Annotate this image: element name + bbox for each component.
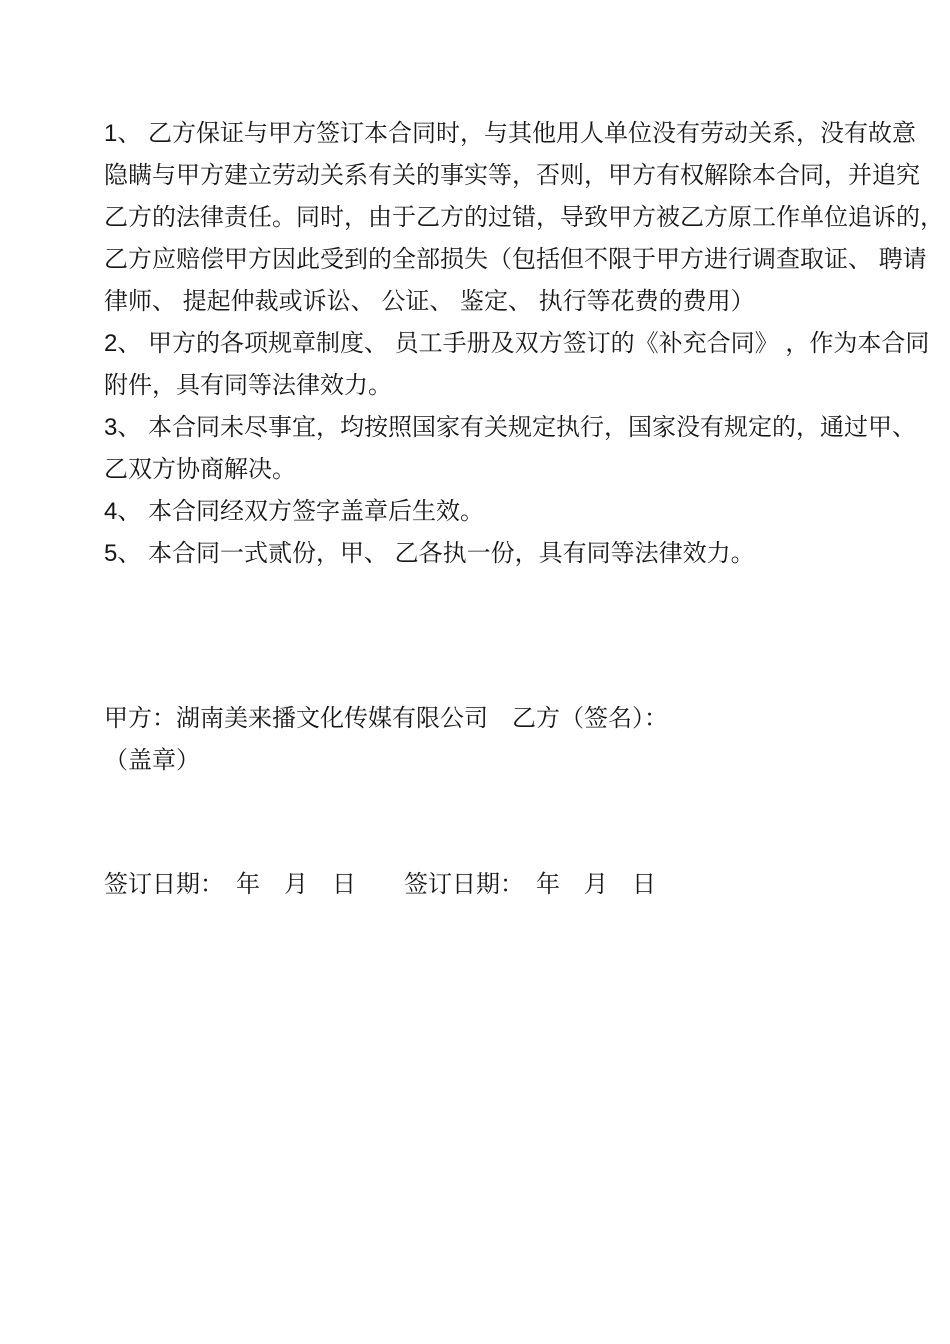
clause-line: 乙方的法律责任。同时，由于乙方的过错，导致甲方被乙方原工作单位追诉的， — [104, 197, 912, 239]
clause-line: 隐瞒与甲方建立劳动关系有关的事实等，否则，甲方有权解除本合同，并追究 — [104, 155, 912, 197]
signing-date-line: 签订日期： 年 月 日 签订日期： 年 月 日 — [104, 864, 912, 906]
clause-line: 1、 乙方保证与甲方签订本合同时，与其他用人单位没有劳动关系，没有故意 — [104, 113, 912, 155]
clause-line: 律师、 提起仲裁或诉讼、 公证、 鉴定、 执行等花费的费用） — [104, 281, 912, 323]
clause-line: 附件，具有同等法律效力。 — [104, 365, 912, 407]
clause-line: 4、 本合同经双方签字盖章后生效。 — [104, 491, 912, 533]
clause-line: 3、 本合同未尽事宜，均按照国家有关规定执行，国家没有规定的，通过甲、 — [104, 407, 912, 449]
contract-body: 1、 乙方保证与甲方签订本合同时，与其他用人单位没有劳动关系，没有故意隐瞒与甲方… — [104, 113, 912, 906]
contract-page: 1、 乙方保证与甲方签订本合同时，与其他用人单位没有劳动关系，没有故意隐瞒与甲方… — [0, 0, 950, 1344]
party-a-and-party-b-signature-line: 甲方：湖南美来播文化传媒有限公司 乙方（签名）： — [104, 698, 912, 740]
clause-line: 乙方应赔偿甲方因此受到的全部损失（包括但不限于甲方进行调查取证、 聘请 — [104, 239, 912, 281]
signature-block: 甲方：湖南美来播文化传媒有限公司 乙方（签名）： （盖章） — [104, 698, 912, 782]
clause-line: 2、 甲方的各项规章制度、 员工手册及双方签订的《补充合同》 ，作为本合同 — [104, 323, 912, 365]
closing-clauses: 1、 乙方保证与甲方签订本合同时，与其他用人单位没有劳动关系，没有故意隐瞒与甲方… — [104, 113, 912, 575]
clause-line: 5、 本合同一式贰份，甲、 乙各执一份，具有同等法律效力。 — [104, 533, 912, 575]
company-seal-line: （盖章） — [104, 740, 912, 782]
clause-line: 乙双方协商解决。 — [104, 449, 912, 491]
